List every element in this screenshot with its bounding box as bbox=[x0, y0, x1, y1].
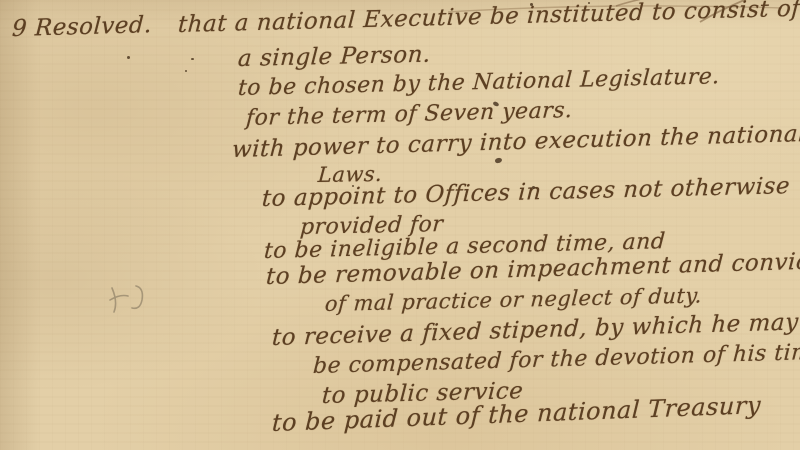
ink-speck bbox=[352, 185, 354, 187]
ink-speck bbox=[532, 186, 535, 189]
manuscript-line: a single Person. bbox=[237, 42, 431, 72]
ink-speck bbox=[588, 2, 590, 4]
ink-speck bbox=[530, 3, 533, 6]
ink-speck bbox=[185, 70, 187, 72]
ink-speck bbox=[127, 56, 130, 59]
manuscript-line: for the term of Seven years. bbox=[245, 98, 573, 131]
manuscript-line: of mal practice or neglect of duty. bbox=[324, 283, 703, 316]
manuscript-page: 9 Resolved. that a national Executive be… bbox=[0, 0, 800, 450]
faint-pencil-mark bbox=[100, 278, 170, 318]
resolution-number-label: 9 Resolved. bbox=[11, 12, 153, 42]
manuscript-line: that a national Executive be instituted … bbox=[177, 0, 800, 38]
ink-speck bbox=[191, 58, 194, 60]
ink-smudge bbox=[494, 157, 502, 164]
